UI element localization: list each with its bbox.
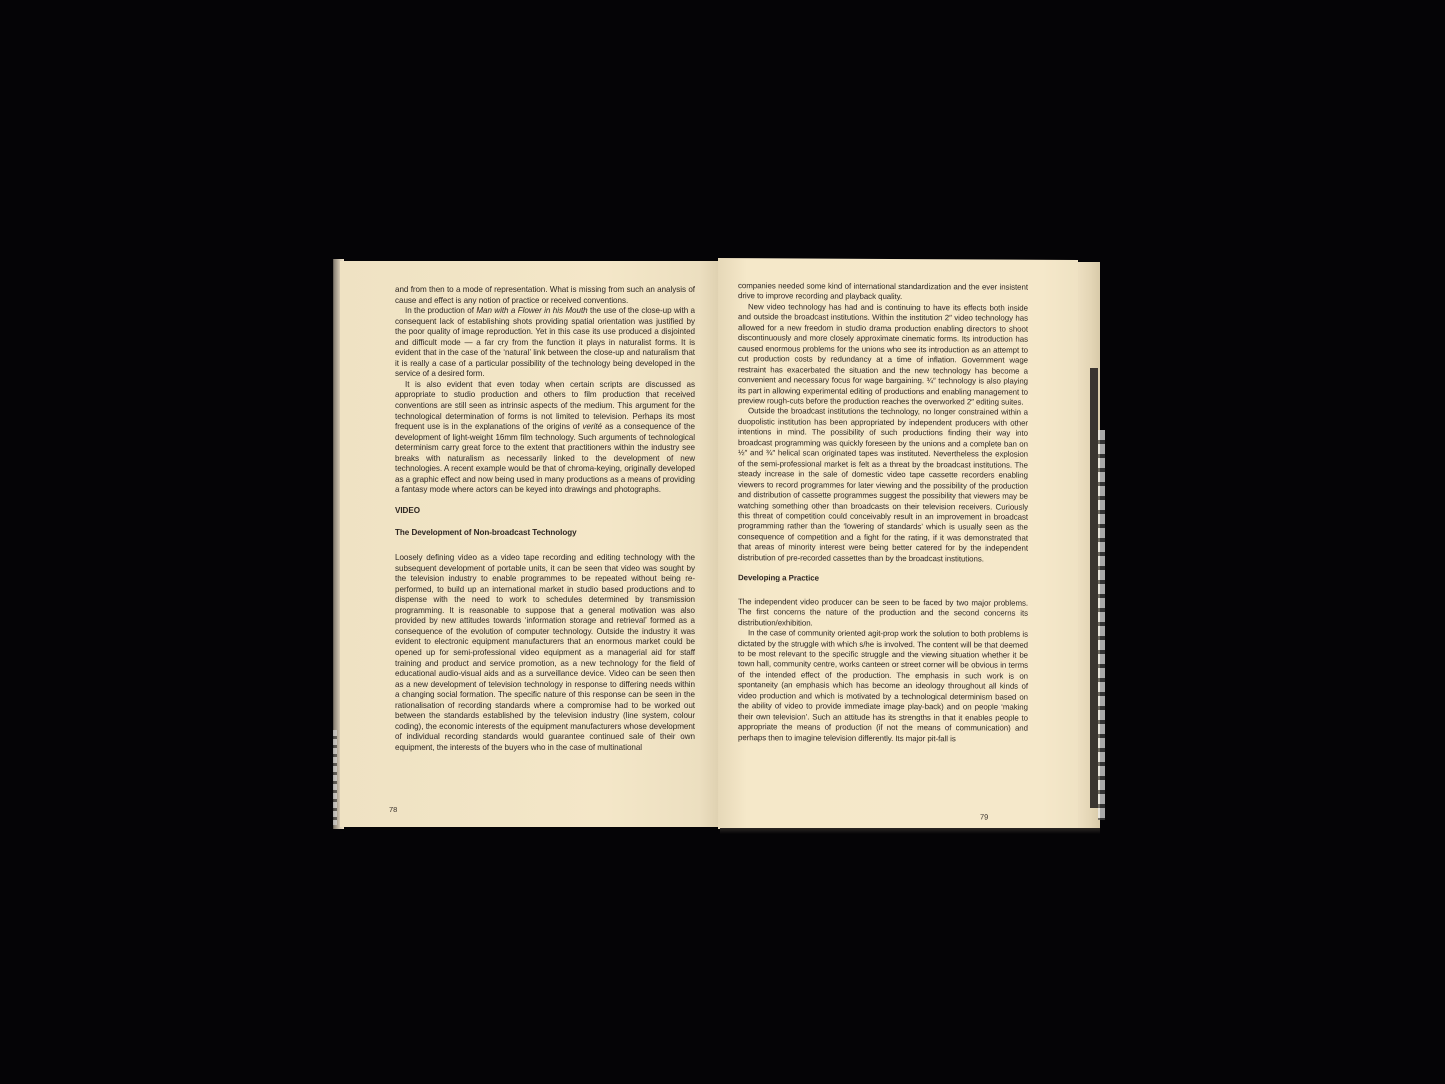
book-bottom-shadow <box>720 828 1100 834</box>
paragraph: Loosely defining video as a video tape r… <box>395 553 695 753</box>
right-page-body: companies needed some kind of internatio… <box>738 281 1028 745</box>
paragraph: In the case of community oriented agit-p… <box>738 628 1028 745</box>
paragraph: Outside the broadcast institutions the t… <box>738 407 1028 565</box>
left-page: and from then to a mode of representatio… <box>340 261 718 827</box>
paragraph: and from then to a mode of representatio… <box>395 285 695 306</box>
subsection-heading: Developing a Practice <box>738 573 1028 585</box>
text-run: the use of the close-up with a consequen… <box>395 306 695 378</box>
subsection-heading: The Development of Non-broadcast Technol… <box>395 528 695 539</box>
book-right-cover-edge <box>1090 368 1098 808</box>
page-number: 78 <box>389 805 397 814</box>
book-left-edge-cover-strip <box>333 730 337 825</box>
book-right-cover-pattern <box>1098 430 1105 820</box>
paragraph: companies needed some kind of internatio… <box>738 281 1028 303</box>
film-title: Man with a Flower in his Mouth <box>476 306 587 315</box>
paragraph: It is also evident that even today when … <box>395 380 695 496</box>
text-run: In the production of <box>405 306 476 315</box>
right-page: companies needed some kind of internatio… <box>718 258 1078 831</box>
paragraph: The independent video producer can be se… <box>738 597 1028 630</box>
section-heading: VIDEO <box>395 506 695 517</box>
paragraph: New video technology has had and is cont… <box>738 302 1028 408</box>
page-number: 79 <box>980 812 988 821</box>
italic-term: verité <box>583 422 603 431</box>
text-run: as a consequence of the development of l… <box>395 422 695 494</box>
open-book: and from then to a mode of representatio… <box>0 0 1445 1084</box>
paragraph: In the production of Man with a Flower i… <box>395 306 695 380</box>
left-page-body: and from then to a mode of representatio… <box>395 285 695 753</box>
